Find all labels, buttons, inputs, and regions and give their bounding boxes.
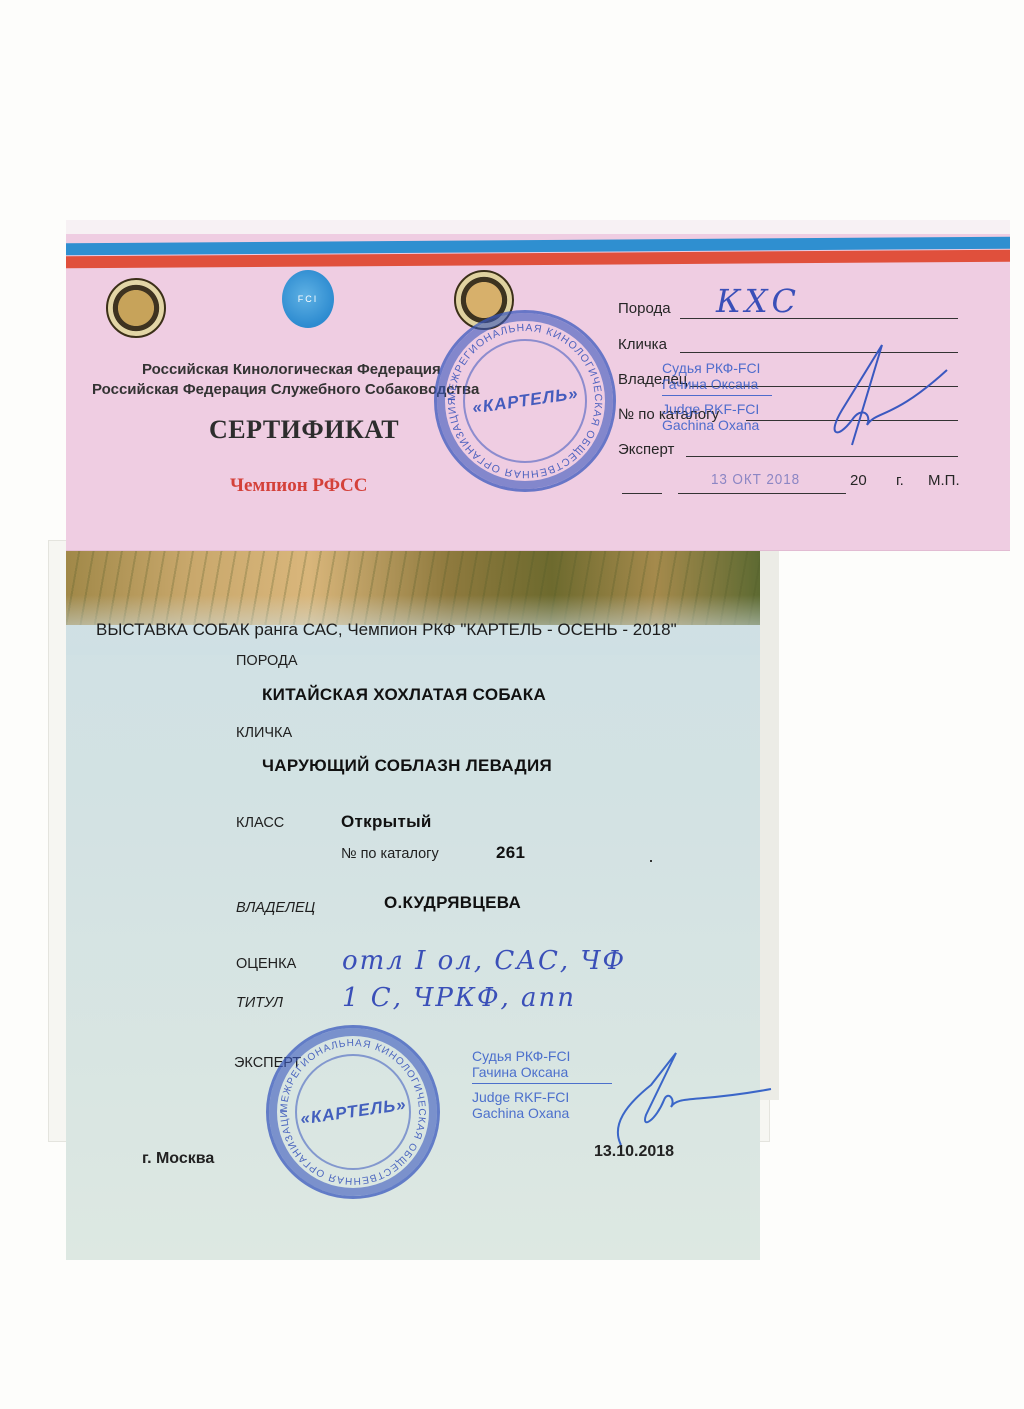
- name-value: ЧАРУЮЩИЙ СОБЛАЗН ЛЕВАДИЯ: [262, 756, 552, 776]
- judge-stamp-top: Судья РКФ-FCI Гачина Оксана Judge RKF-FC…: [662, 360, 772, 433]
- grade-label: ОЦЕНКА: [236, 956, 296, 972]
- organization-seal-top: МЕЖРЕГИОНАЛЬНАЯ КИНОЛОГИЧЕСКАЯ ОБЩЕСТВЕН…: [434, 310, 616, 492]
- dogs-photo-banner: [66, 540, 760, 625]
- show-diploma: ВЫСТАВКА СОБАК ранга САС, Чемпион РКФ "К…: [66, 540, 760, 1260]
- seal-center-text-top: «КАРТЕЛЬ»: [471, 384, 580, 419]
- judge-stamp-line-en-name: Gachina Oxana: [472, 1105, 612, 1121]
- date-stamp: 13 ОКТ 2018: [711, 471, 800, 488]
- champion-certificate: FCI Российская Кинологическая Федерация …: [66, 220, 1010, 550]
- show-title: ВЫСТАВКА СОБАК ранга САС, Чемпион РКФ "К…: [96, 620, 677, 640]
- class-label: КЛАСС: [236, 815, 284, 831]
- org-line-1: Российская Кинологическая Федерация: [142, 361, 441, 378]
- back-sheet-edge: [758, 540, 779, 1100]
- fci-globe-logo-icon: FCI: [282, 270, 334, 328]
- speck: [650, 860, 652, 862]
- class-value: Открытый: [341, 812, 432, 832]
- breed-label: ПОРОДА: [236, 653, 298, 669]
- judge-signature-icon: [606, 1045, 776, 1155]
- field-name-label: Кличка: [618, 336, 667, 353]
- seal-center-text: «КАРТЕЛЬ»: [299, 1095, 408, 1130]
- certificate-title: СЕРТИФИКАТ: [209, 415, 399, 445]
- catalog-value: 261: [496, 843, 525, 863]
- certificate-subtitle: Чемпион РФСС: [230, 475, 367, 497]
- field-expert-label: Эксперт: [618, 441, 674, 458]
- rfss-shepherd-logo-icon: [106, 278, 166, 338]
- organization-seal-bottom: МЕЖРЕГИОНАЛЬНАЯ КИНОЛОГИЧЕСКАЯ ОБЩЕСТВЕН…: [266, 1025, 440, 1199]
- owner-value: О.КУДРЯВЦЕВА: [384, 893, 521, 913]
- owner-label: ВЛАДЕЛЕЦ: [236, 900, 315, 916]
- judge-stamp: Судья РКФ-FCI Гачина Оксана Judge RKF-FC…: [472, 1048, 612, 1121]
- year-suffix: г.: [896, 472, 904, 489]
- name-label: КЛИЧКА: [236, 725, 292, 741]
- judge-stamp-line-ru-name: Гачина Оксана: [472, 1064, 612, 1080]
- city: г. Москва: [142, 1150, 214, 1168]
- judge-signature-top-icon: [782, 340, 952, 450]
- field-breed-handwritten: КХС: [716, 282, 800, 320]
- breed-value: КИТАЙСКАЯ ХОХЛАТАЯ СОБАКА: [262, 685, 546, 705]
- title-label: ТИТУЛ: [236, 995, 283, 1011]
- catalog-label: № по каталогу: [341, 846, 439, 862]
- year-prefix: 20: [850, 472, 867, 489]
- org-line-2: Российская Федерация Служебного Собаково…: [92, 381, 479, 398]
- grade-handwritten: отл I ол, САС, ЧФ: [342, 946, 626, 976]
- title-handwritten: 1 С, ЧРКФ, апп: [342, 983, 576, 1013]
- seal-place: М.П.: [928, 472, 960, 489]
- judge-stamp-line-en-title: Judge RKF-FCI: [472, 1089, 612, 1105]
- field-breed-label: Порода: [618, 300, 671, 317]
- judge-stamp-line-ru-title: Судья РКФ-FCI: [472, 1048, 612, 1064]
